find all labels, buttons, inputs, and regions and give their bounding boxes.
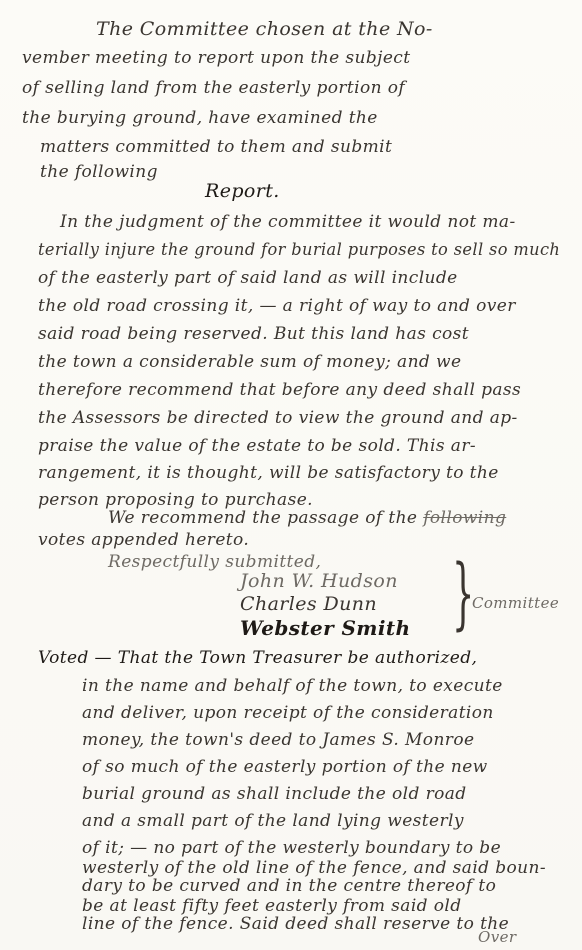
report-line-6: the town a considerable sum of money; an… <box>38 352 461 372</box>
intro-line-6: the following <box>40 162 158 182</box>
recommend-line-2: votes appended hereto. <box>38 530 249 550</box>
report-line-7: therefore recommend that before any deed… <box>38 380 521 400</box>
vote-line-7: and a small part of the land lying weste… <box>82 811 464 831</box>
report-line-10: rangement, it is thought, will be satisf… <box>38 463 499 483</box>
signature-1: John W. Hudson <box>240 570 398 592</box>
struck-word: following <box>423 508 506 528</box>
recommend-text: We recommend the passage of the <box>108 508 417 528</box>
intro-line-4: the burying ground, have examined the <box>22 108 378 128</box>
handwritten-document-page: The Committee chosen at the No- vember m… <box>0 0 582 950</box>
report-line-2: terially injure the ground for burial pu… <box>38 240 560 260</box>
report-line-3: of the easterly part of said land as wil… <box>38 268 458 288</box>
intro-line-3: of selling land from the easterly portio… <box>22 78 405 98</box>
intro-line-2: vember meeting to report upon the subjec… <box>22 48 410 68</box>
vote-line-11: be at least fifty feet easterly from sai… <box>82 896 462 916</box>
committee-label: Committee <box>472 594 559 612</box>
vote-line-10: dary to be curved and in the centre ther… <box>82 876 496 896</box>
signature-brace: } <box>452 555 474 633</box>
closing-line: Respectfully submitted, <box>108 552 321 572</box>
signature-3: Webster Smith <box>240 616 410 640</box>
report-line-9: praise the value of the estate to be sol… <box>38 436 476 456</box>
report-line-1: In the judgment of the committee it woul… <box>60 212 516 232</box>
vote-line-5: of so much of the easterly portion of th… <box>82 757 488 777</box>
report-line-5: said road being reserved. But this land … <box>38 324 469 344</box>
report-line-8: the Assessors be directed to view the gr… <box>38 408 518 428</box>
intro-line-1: The Committee chosen at the No- <box>96 18 433 40</box>
vote-line-1: Voted — That the Town Treasurer be autho… <box>38 648 477 668</box>
vote-line-4: money, the town's deed to James S. Monro… <box>82 730 474 750</box>
page-note-over: Over <box>478 928 516 946</box>
report-heading: Report. <box>205 180 280 202</box>
vote-line-9: westerly of the old line of the fence, a… <box>82 858 546 878</box>
recommend-line: We recommend the passage of the followin… <box>108 508 506 528</box>
report-line-4: the old road crossing it, — a right of w… <box>38 296 516 316</box>
vote-line-3: and deliver, upon receipt of the conside… <box>82 703 494 723</box>
vote-line-6: burial ground as shall include the old r… <box>82 784 467 804</box>
signature-2: Charles Dunn <box>240 593 377 615</box>
vote-line-2: in the name and behalf of the town, to e… <box>82 676 503 696</box>
vote-line-8: of it; — no part of the westerly boundar… <box>82 838 501 858</box>
vote-line-12: line of the fence. Said deed shall reser… <box>82 914 509 934</box>
intro-line-5: matters committed to them and submit <box>40 137 392 157</box>
report-line-11: person proposing to purchase. <box>38 490 313 510</box>
